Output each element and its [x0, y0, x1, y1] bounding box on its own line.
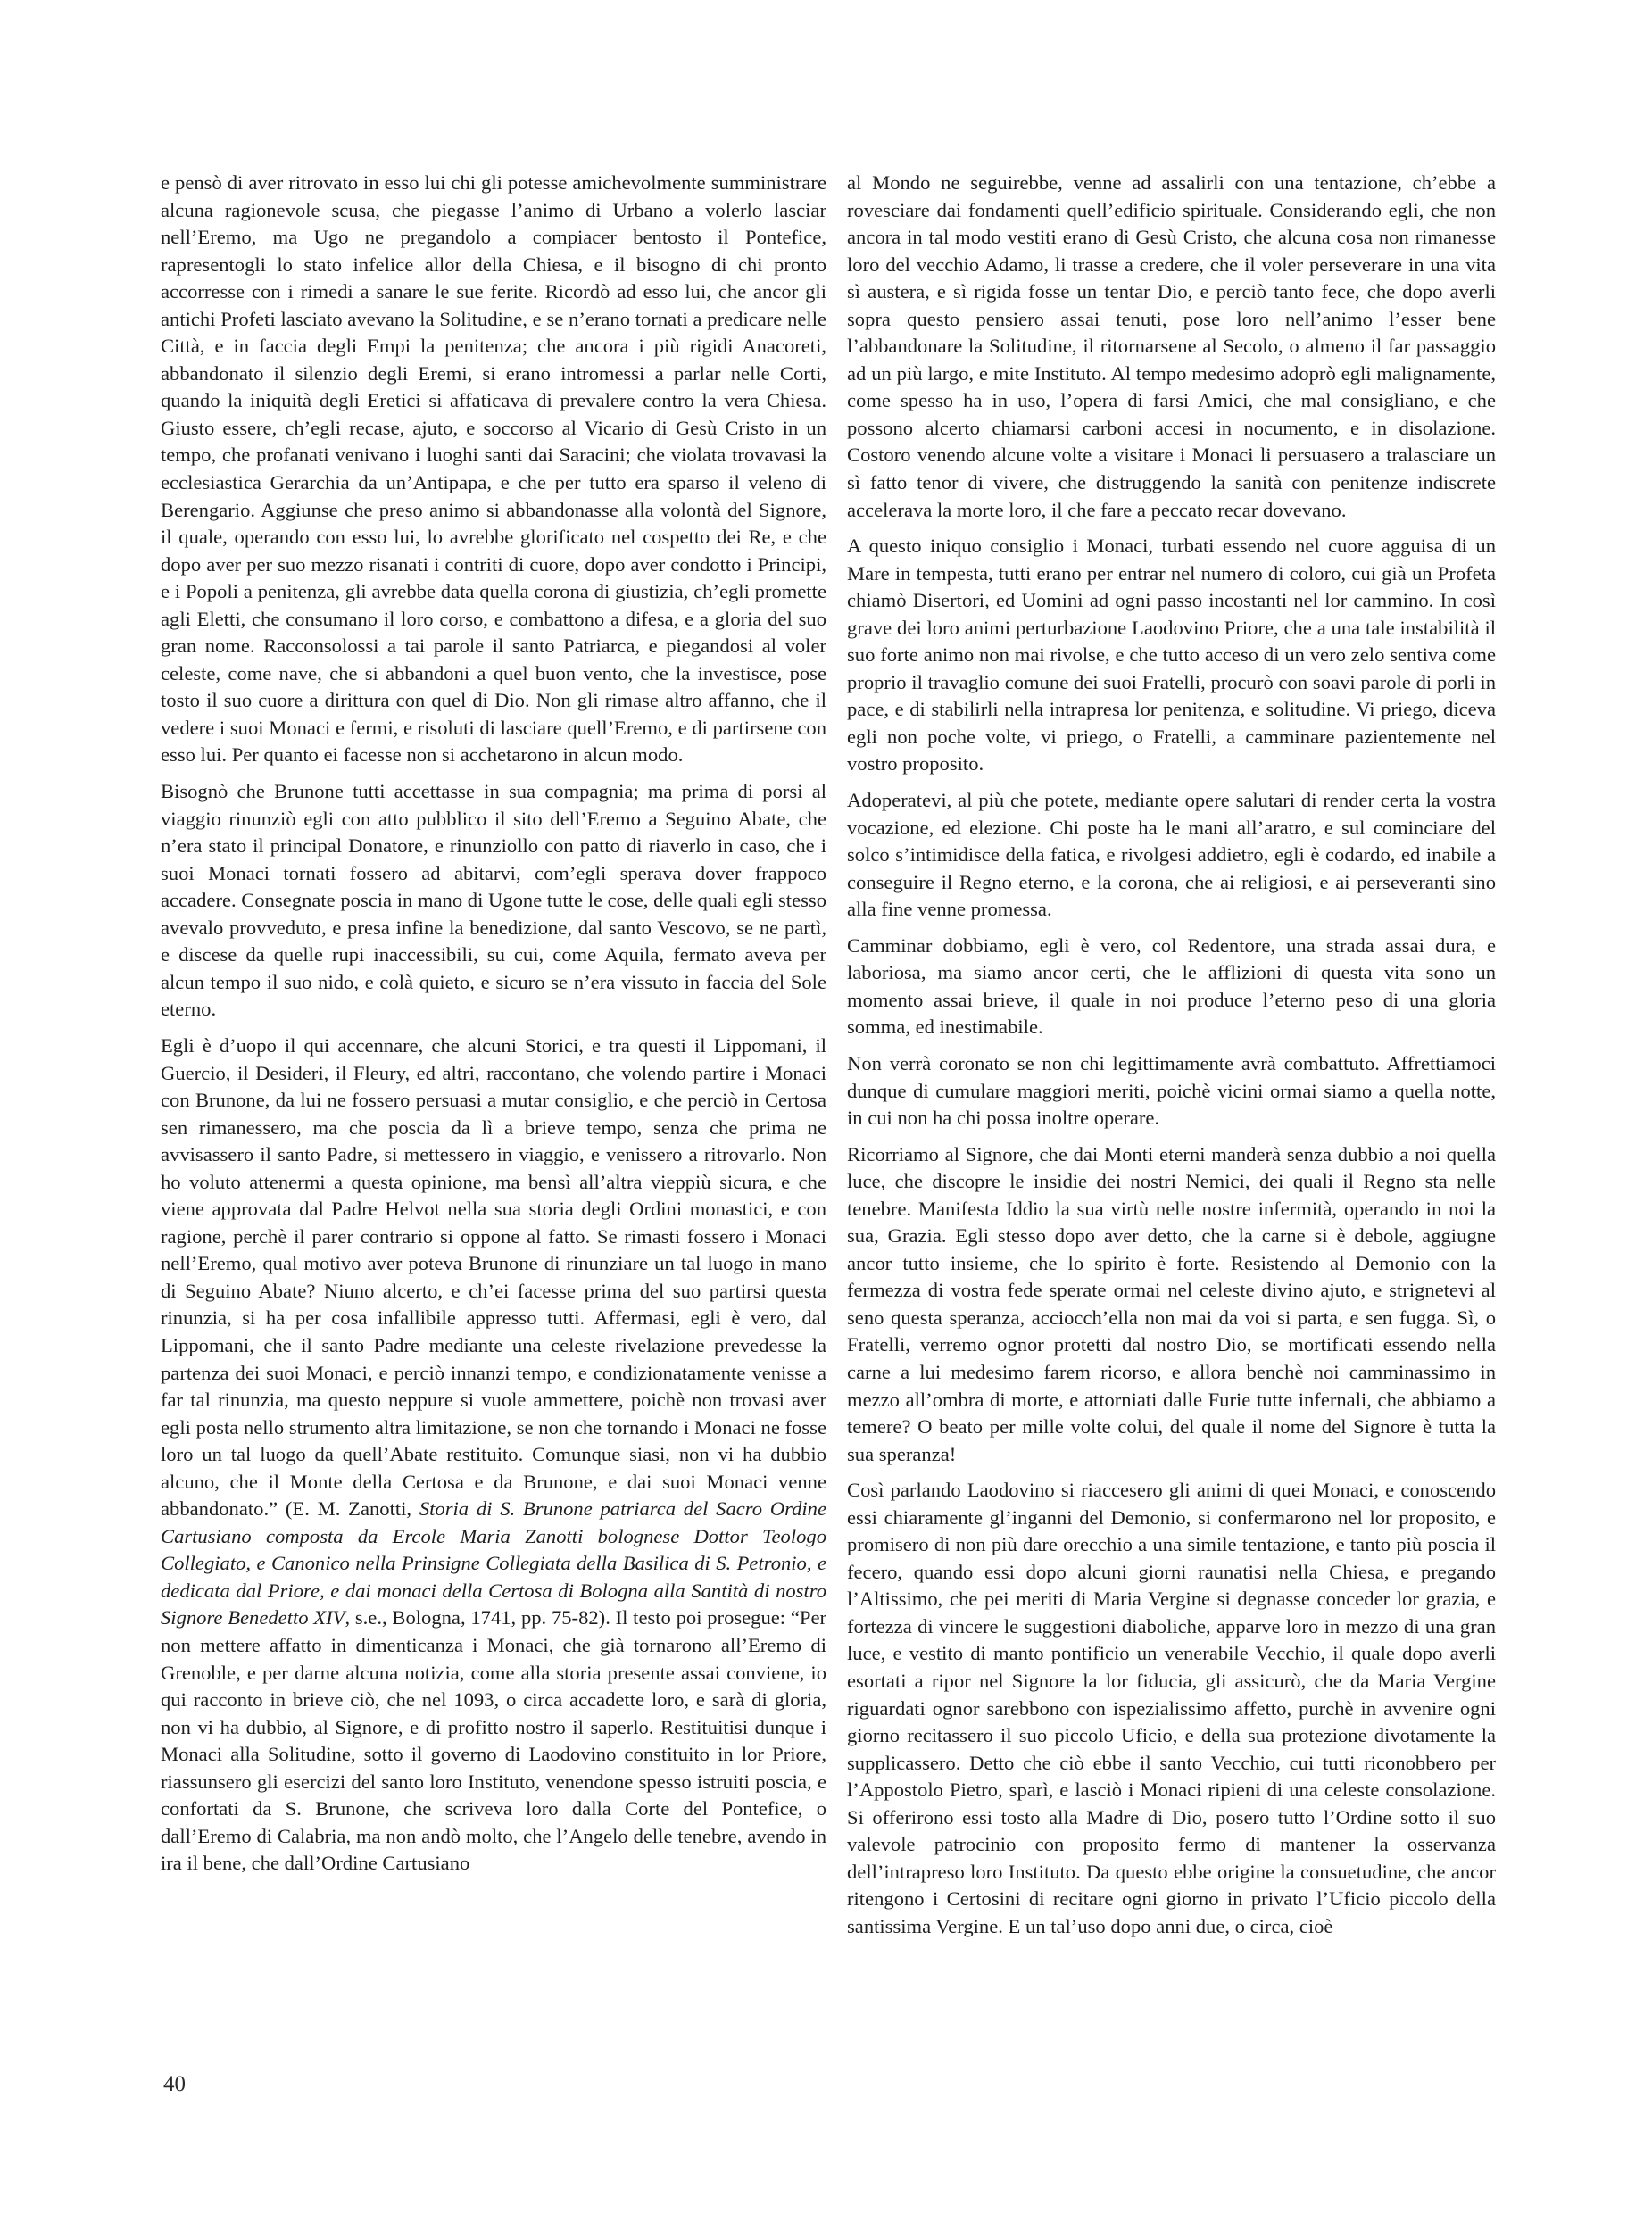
left-text-column: e pensò di aver ritrovato in esso lui ch… [161, 170, 826, 1878]
paragraph-text: , s.e., Bologna, 1741, pp. 75-82). Il te… [161, 1606, 826, 1874]
paragraph: A questo iniquo consiglio i Monaci, turb… [847, 533, 1496, 778]
right-text-column: al Mondo ne seguirebbe, venne ad assalir… [847, 170, 1496, 1940]
paragraph: Egli è d’uopo il qui accennare, che alcu… [161, 1032, 826, 1878]
paragraph: Bisognò che Brunone tutti accettasse in … [161, 778, 826, 1024]
paragraph: al Mondo ne seguirebbe, venne ad assalir… [847, 170, 1496, 524]
page-number: 40 [163, 2072, 186, 2097]
document-page: e pensò di aver ritrovato in esso lui ch… [0, 0, 1652, 2214]
paragraph: Non verrà coronato se non chi legittimam… [847, 1050, 1496, 1132]
paragraph: Adoperatevi, al più che potete, mediante… [847, 787, 1496, 924]
paragraph: e pensò di aver ritrovato in esso lui ch… [161, 170, 826, 769]
paragraph: Così parlando Laodovino si riaccesero gl… [847, 1477, 1496, 1940]
paragraph-text: Egli è d’uopo il qui accennare, che alcu… [161, 1034, 826, 1520]
paragraph: Camminar dobbiamo, egli è vero, col Rede… [847, 933, 1496, 1041]
paragraph: Ricorriamo al Signore, che dai Monti ete… [847, 1141, 1496, 1469]
